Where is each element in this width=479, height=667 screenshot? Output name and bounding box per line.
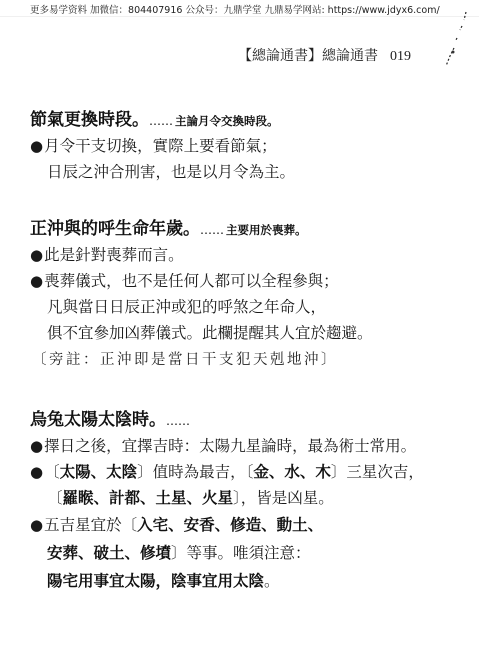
bullet-icon: ● xyxy=(30,272,43,290)
paragraph-line: ●五吉星宜於〔入宅、安香、修造、動土、 xyxy=(30,515,323,535)
line-text: 擇日之後，宜擇吉時：太陽九星論時，最為術士常用。 xyxy=(44,437,416,455)
section-heading-wutu: 烏兔太陽太陰時。…… xyxy=(30,410,190,431)
leader-dots: …… xyxy=(149,114,173,128)
line-text: 〕值時為最吉，〔 xyxy=(137,463,253,481)
paragraph-line: 日辰之沖合刑害，也是以月令為主。 xyxy=(47,162,295,182)
line-text: 月令干支切換，實際上要看節氣； xyxy=(44,137,277,155)
heading-text: 節氣更換時段。 xyxy=(30,110,149,130)
emphasis-text: 太陽、太陰 xyxy=(60,463,138,481)
side-note: 〔旁註：正沖即是當日干支犯天剋地沖〕 xyxy=(32,350,338,370)
page-number: 019 xyxy=(390,49,411,64)
bullet-icon: ● xyxy=(30,437,43,455)
running-head-title: 【總論通書】總論通書 xyxy=(238,48,378,64)
bracket: 〔 xyxy=(44,463,60,481)
line-text: 〕等事。唯須注意： xyxy=(171,544,311,562)
leader-dots: …… xyxy=(200,223,224,237)
pen-stroke-mark-icon xyxy=(440,8,470,72)
watermark-banner: 更多易学资料 加微信：804407916 公众号：九鼎学堂 九鼎易学网站: ht… xyxy=(30,2,440,16)
paragraph-line: ●擇日之後，宜擇吉時：太陽九星論時，最為術士常用。 xyxy=(30,436,416,456)
emphasis-text: 陽宅用事宜太陽，陰事宜用太陰 xyxy=(47,572,264,590)
paragraph-line: 〔羅睺、計都、土星、火星〕，皆是凶星。 xyxy=(47,488,334,508)
bracket: 〔 xyxy=(47,489,63,507)
heading-subtitle: 主論月令交換時段。 xyxy=(175,114,279,128)
paragraph-line: ●此是針對喪葬而言。 xyxy=(30,245,184,265)
paragraph-line: 陽宅用事宜太陽，陰事宜用太陰。 xyxy=(47,571,280,591)
emphasis-text: 金、水、木 xyxy=(253,463,331,481)
line-text: 。 xyxy=(264,572,280,590)
line-text: 〕三星次吉， xyxy=(331,463,424,481)
line-text: 〕，皆是凶星。 xyxy=(233,489,334,507)
paragraph-line: ●喪葬儀式，也不是任何人都可以全程參與； xyxy=(30,271,339,291)
leader-dots: …… xyxy=(166,414,190,428)
line-text: 喪葬儀式，也不是任何人都可以全程參與； xyxy=(44,272,339,290)
emphasis-text: 入宅、安香、修造、動土、 xyxy=(137,516,323,534)
section-heading-jieqi: 節氣更換時段。……主論月令交換時段。 xyxy=(30,110,279,131)
line-text: 此是針對喪葬而言。 xyxy=(44,246,184,264)
section-heading-zhengchong: 正沖與的呼生命年歲。……主要用於喪葬。 xyxy=(30,219,307,240)
running-head: 【總論通書】總論通書019 xyxy=(238,45,411,65)
emphasis-text: 安葬、破土、修墳 xyxy=(47,544,171,562)
divider xyxy=(0,16,479,17)
bullet-icon: ● xyxy=(30,246,43,264)
heading-subtitle: 主要用於喪葬。 xyxy=(226,223,307,237)
line-text: 五吉星宜於〔 xyxy=(44,516,137,534)
paragraph-line: ●〔太陽、太陰〕值時為最吉，〔金、水、木〕三星次吉， xyxy=(30,462,424,482)
heading-text: 正沖與的呼生命年歲。 xyxy=(30,219,200,239)
emphasis-text: 羅睺、計都、土星、火星 xyxy=(63,489,234,507)
heading-text: 烏兔太陽太陰時。 xyxy=(30,410,166,430)
bullet-icon: ● xyxy=(30,137,43,155)
bullet-icon: ● xyxy=(30,516,43,534)
paragraph-line: 俱不宜參加凶葬儀式。此欄提醒其人宜於趨避。 xyxy=(47,323,373,343)
bullet-icon: ● xyxy=(30,463,43,481)
paragraph-line: 凡與當日日辰正沖或犯的呼煞之年命人， xyxy=(47,297,326,317)
paragraph-line: ●月令干支切換，實際上要看節氣； xyxy=(30,136,277,156)
paragraph-line: 安葬、破土、修墳〕等事。唯須注意： xyxy=(47,543,311,563)
